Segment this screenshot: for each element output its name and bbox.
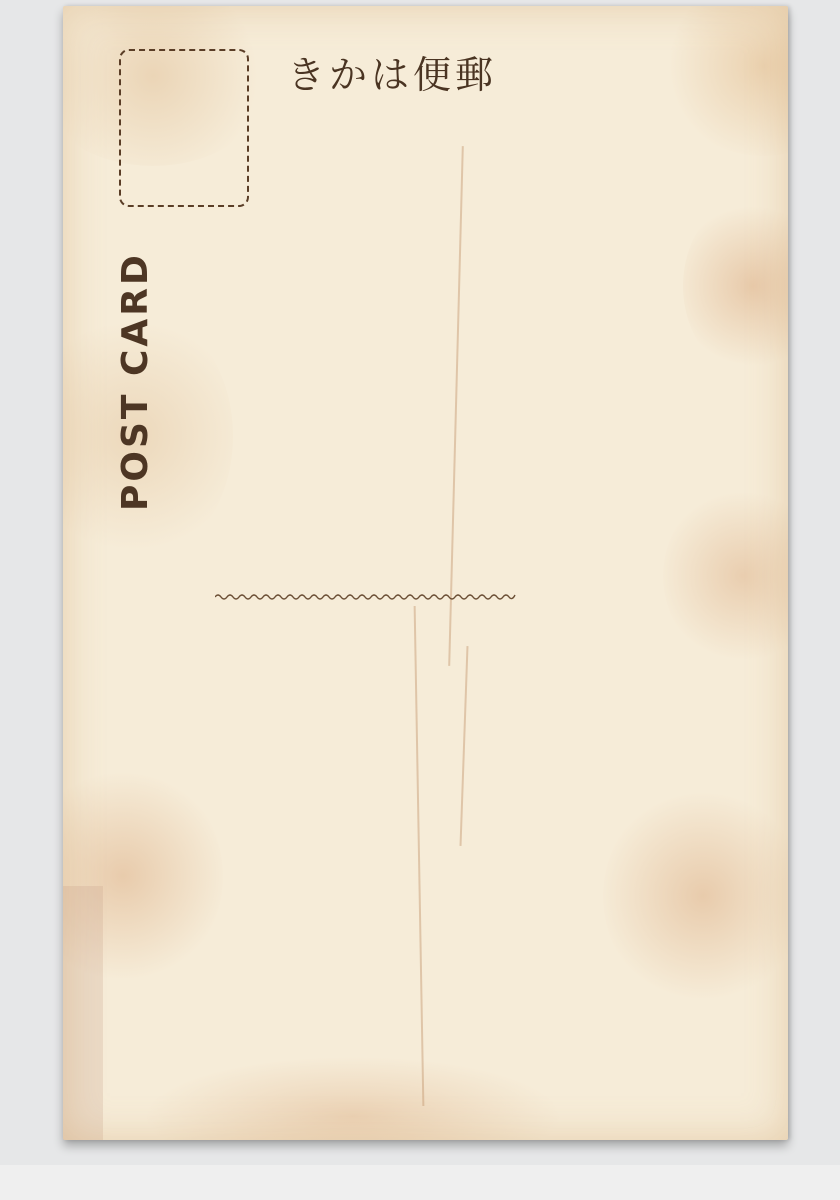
address-divider-line: [215, 589, 520, 603]
stamp-box: [119, 49, 249, 207]
background-strip: [0, 1165, 840, 1200]
postcard: 郵便はかき POST CARD: [63, 6, 788, 1140]
post-card-label: POST CARD: [115, 252, 156, 511]
postcard-header-text: 郵便はかき: [287, 44, 497, 99]
